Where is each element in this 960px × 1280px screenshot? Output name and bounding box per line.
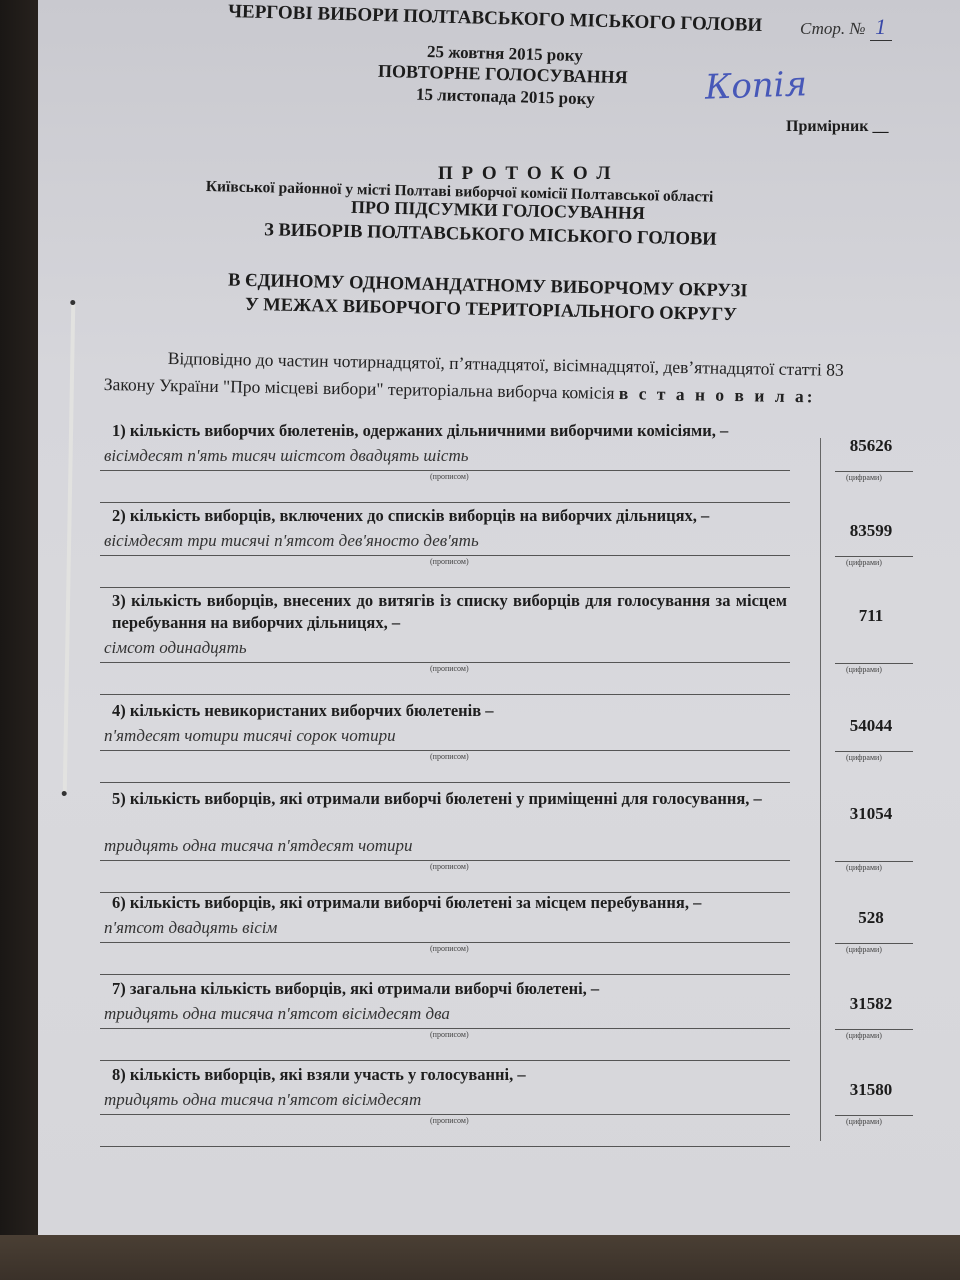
- blank-underline: [100, 974, 790, 975]
- words-underline: [100, 860, 790, 861]
- in-words-caption: (прописом): [430, 862, 469, 871]
- in-words-caption: (прописом): [430, 472, 469, 481]
- words-underline: [100, 750, 790, 751]
- value-underline: [835, 1115, 913, 1116]
- in-words-caption: (прописом): [430, 664, 469, 673]
- blank-underline: [100, 1060, 790, 1061]
- result-in-words: тридцять одна тисяча п'ятдесят чотири: [104, 836, 413, 856]
- result-label: 4) кількість невикористаних виборчих бюл…: [112, 700, 787, 722]
- result-in-words: вісімдесят три тисячі п'ятсот дев'яносто…: [104, 531, 479, 551]
- value-underline: [835, 556, 913, 557]
- value-underline: [835, 751, 913, 752]
- value-underline: [835, 861, 913, 862]
- sample-label: Примірник __: [786, 118, 888, 136]
- result-in-words: вісімдесят п'ять тисяч шістсот двадцять …: [104, 446, 468, 466]
- in-figures-caption: (цифрами): [846, 473, 882, 482]
- in-figures-caption: (цифрами): [846, 665, 882, 674]
- result-value: 711: [836, 606, 906, 626]
- words-underline: [100, 662, 790, 663]
- result-label: 8) кількість виборців, які взяли участь …: [112, 1064, 787, 1086]
- blank-underline: [100, 587, 790, 588]
- result-label: 6) кількість виборців, які отримали вибо…: [112, 892, 787, 914]
- words-underline: [100, 1028, 790, 1029]
- page-label: Стор. №: [800, 19, 865, 38]
- words-underline: [100, 470, 790, 471]
- result-value: 85626: [836, 436, 906, 456]
- protocol-title: П Р О Т О К О Л: [438, 163, 613, 185]
- result-value: 31054: [836, 804, 906, 824]
- intro-established: в с т а н о в и л а:: [619, 383, 816, 406]
- result-label: 5) кількість виборців, які отримали вибо…: [112, 788, 787, 810]
- words-underline: [100, 555, 790, 556]
- in-figures-caption: (цифрами): [846, 1031, 882, 1040]
- words-underline: [100, 1114, 790, 1115]
- column-divider: [820, 438, 821, 1141]
- background-table: [0, 1235, 960, 1280]
- value-underline: [835, 663, 913, 664]
- in-figures-caption: (цифрами): [846, 558, 882, 567]
- in-figures-caption: (цифрами): [846, 945, 882, 954]
- in-words-caption: (прописом): [430, 944, 469, 953]
- copy-stamp: Копія: [704, 64, 807, 108]
- in-words-caption: (прописом): [430, 1116, 469, 1125]
- in-words-caption: (прописом): [430, 557, 469, 566]
- result-in-words: сімсот одинадцять: [104, 638, 247, 658]
- result-value: 83599: [836, 521, 906, 541]
- blank-underline: [100, 694, 790, 695]
- result-in-words: п'ятдесят чотири тисячі сорок чотири: [104, 726, 396, 746]
- value-underline: [835, 471, 913, 472]
- page-number: Стор. № 1: [800, 14, 892, 41]
- result-label: 1) кількість виборчих бюлетенів, одержан…: [112, 420, 787, 442]
- in-figures-caption: (цифрами): [846, 863, 882, 872]
- blank-underline: [100, 502, 790, 503]
- in-figures-caption: (цифрами): [846, 1117, 882, 1126]
- result-in-words: тридцять одна тисяча п'ятсот вісімдесят: [104, 1090, 421, 1110]
- result-in-words: тридцять одна тисяча п'ятсот вісімдесят …: [104, 1004, 450, 1024]
- in-words-caption: (прописом): [430, 752, 469, 761]
- result-label: 7) загальна кількість виборців, які отри…: [112, 978, 787, 1000]
- page-number-value: 1: [870, 14, 892, 41]
- value-underline: [835, 943, 913, 944]
- result-value: 54044: [836, 716, 906, 736]
- in-words-caption: (прописом): [430, 1030, 469, 1039]
- result-label: 2) кількість виборців, включених до спис…: [112, 505, 787, 527]
- result-label: 3) кількість виборців, внесених до витяг…: [112, 590, 787, 634]
- value-underline: [835, 1029, 913, 1030]
- blank-underline: [100, 782, 790, 783]
- blank-underline: [100, 1146, 790, 1147]
- result-in-words: п'ятсот двадцять вісім: [104, 918, 277, 938]
- in-figures-caption: (цифрами): [846, 753, 882, 762]
- result-value: 31582: [836, 994, 906, 1014]
- words-underline: [100, 942, 790, 943]
- result-value: 31580: [836, 1080, 906, 1100]
- result-value: 528: [836, 908, 906, 928]
